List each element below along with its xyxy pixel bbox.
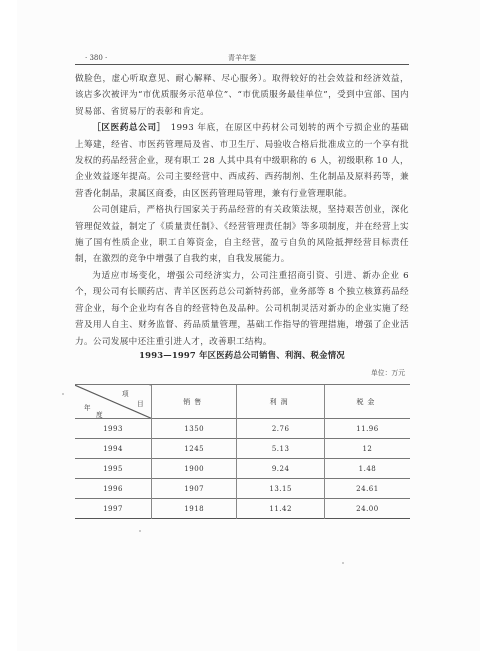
paragraph-text: 做脸色，虚心听取意见、耐心解释、尽心服务）。取得较好的社会效益和经济效益，该店多…: [75, 74, 409, 117]
cell-sales: 1918: [152, 499, 237, 519]
cell-tax: 11.96: [324, 419, 410, 439]
table-row: 1993 1350 2.76 11.96: [75, 419, 410, 439]
cell-tax: 24.00: [324, 499, 410, 519]
scan-speck: [342, 562, 344, 564]
year-label-2: 度: [96, 409, 103, 419]
table-unit: 单位：万元: [75, 367, 405, 377]
cell-year: 1995: [75, 459, 152, 479]
cell-year: 1996: [75, 479, 152, 499]
body-text: 做脸色，虚心听取意见、耐心解释、尽心服务）。取得较好的社会效益和经济效益，该店多…: [75, 71, 409, 350]
paragraph-text: 为适应市场变化，增强公司经济实力，公司注重招商引资、引进、新办企业 6 个，现公…: [75, 271, 409, 347]
cell-sales: 1350: [152, 419, 237, 439]
header-rule: [75, 64, 409, 65]
cell-profit: 9.24: [237, 459, 324, 479]
book-title: 青羊年鉴: [75, 52, 409, 64]
item-label-2: 目: [137, 398, 144, 408]
table-title: 1993—1997 年区医药总公司销售、利润、税金情况: [75, 349, 409, 361]
cell-profit: 11.42: [237, 499, 324, 519]
paragraph-3: 公司创建后，严格执行国家关于药品经营的有关政策法规，坚持艰苦创业，深化管理促效益…: [75, 202, 409, 268]
cell-tax: 1.48: [324, 459, 410, 479]
column-header-sales: 销售: [152, 385, 237, 419]
cell-year: 1994: [75, 439, 152, 459]
running-header: · 380 · 青羊年鉴: [75, 52, 409, 64]
table-header-row: 项 目 年 度 销售 利润 税金: [75, 385, 410, 419]
cell-year: 1993: [75, 419, 152, 439]
sales-profit-tax-table: 项 目 年 度 销售 利润 税金 1993 1350 2.76 11.96 19…: [75, 384, 410, 519]
cell-profit: 5.13: [237, 439, 324, 459]
cell-profit: 2.76: [237, 419, 324, 439]
cell-profit: 13.15: [237, 479, 324, 499]
paragraph-text: 1993 年底，在原区中药材公司划转的两个亏损企业的基础上筹建，经省、市医药管理…: [75, 123, 409, 199]
table-row: 1997 1918 11.42 24.00: [75, 499, 410, 519]
scan-speck: [139, 530, 141, 532]
cell-sales: 1907: [152, 479, 237, 499]
column-header-profit: 利润: [237, 385, 324, 419]
cell-sales: 1245: [152, 439, 237, 459]
paragraph-text: 公司创建后，严格执行国家关于药品经营的有关政策法规，坚持艰苦创业，深化管理促效益…: [75, 205, 409, 264]
column-header-tax: 税金: [324, 385, 410, 419]
cell-year: 1997: [75, 499, 152, 519]
table-row: 1994 1245 5.13 12: [75, 439, 410, 459]
cell-tax: 24.61: [324, 479, 410, 499]
scan-margin: [0, 0, 17, 651]
diagonal-header-cell: 项 目 年 度: [75, 385, 152, 419]
cell-sales: 1900: [152, 459, 237, 479]
year-label-1: 年: [84, 402, 91, 412]
cell-tax: 12: [324, 439, 410, 459]
table-row: 1996 1907 13.15 24.61: [75, 479, 410, 499]
table-row: 1995 1900 9.24 1.48: [75, 459, 410, 479]
paragraph-4: 为适应市场变化，增强公司经济实力，公司注重招商引资、引进、新办企业 6 个，现公…: [75, 268, 409, 350]
scan-speck: [62, 393, 64, 395]
paragraph-1: 做脸色，虚心听取意见、耐心解释、尽心服务）。取得较好的社会效益和经济效益，该店多…: [75, 71, 409, 120]
item-label-1: 项: [122, 388, 129, 398]
section-title: ［区医药总公司］: [92, 123, 161, 133]
paragraph-2: ［区医药总公司］ 1993 年底，在原区中药材公司划转的两个亏损企业的基础上筹建…: [75, 120, 409, 202]
